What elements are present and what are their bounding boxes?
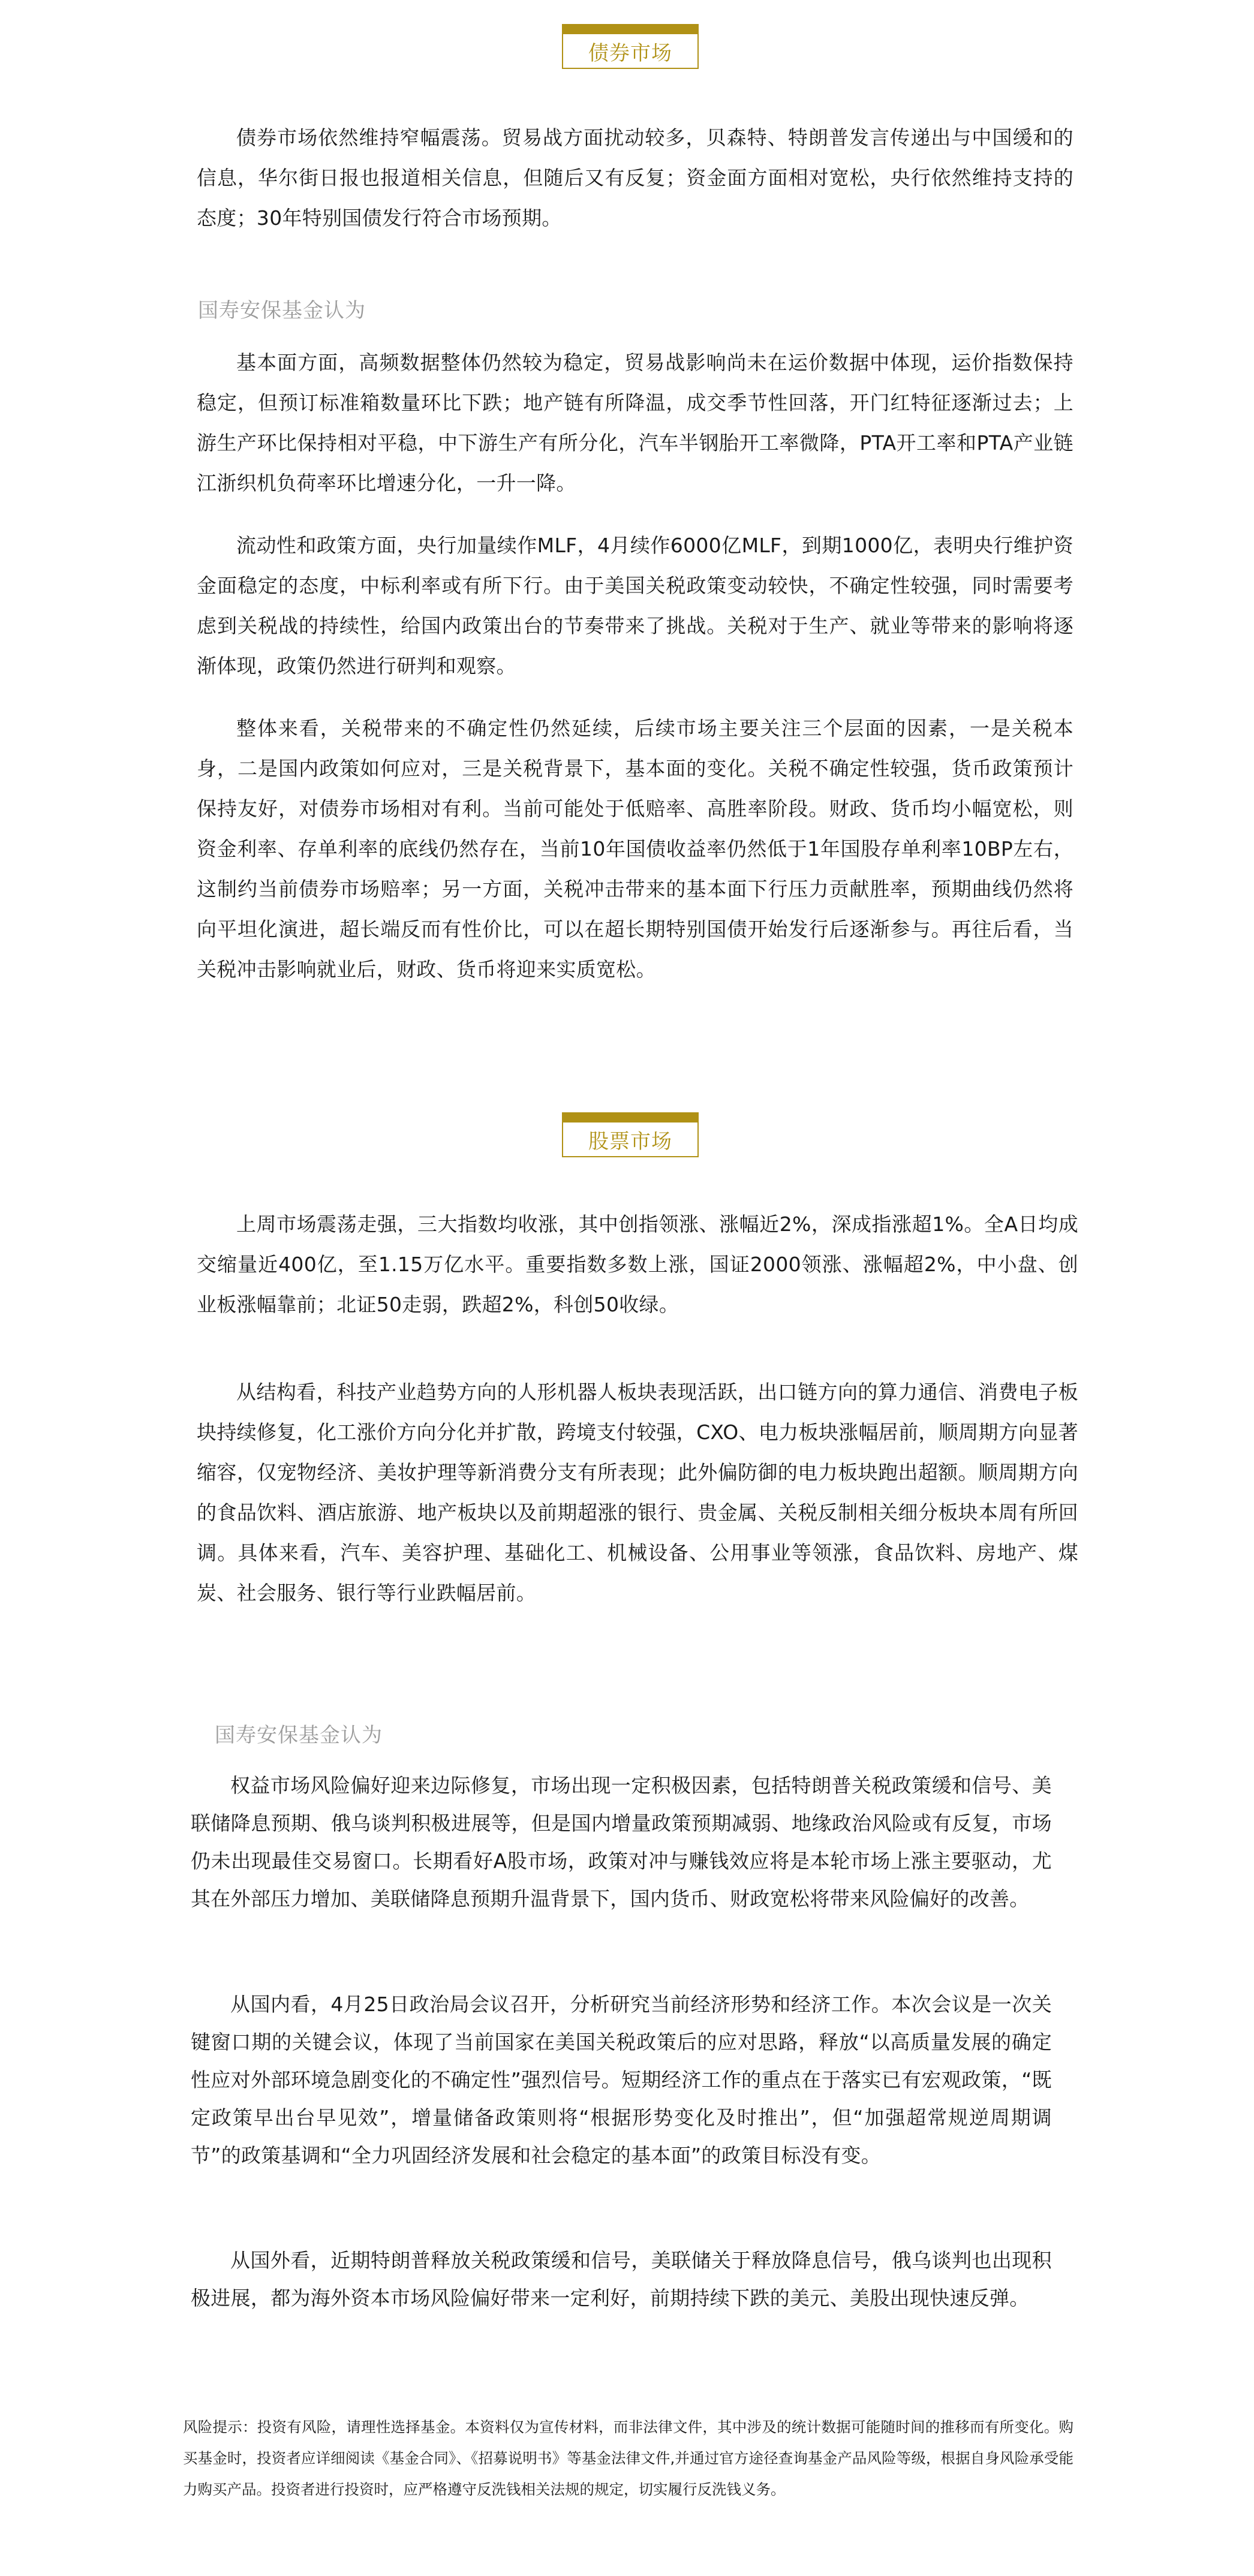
bond-view-paragraph-liquidity: 流动性和政策方面，央行加量续作MLF，4月续作6000亿MLF，到期1000亿，… — [197, 525, 1073, 686]
section-heading-stock: 股票市场 — [562, 1112, 699, 1157]
stock-structure-paragraph: 从结构看，科技产业趋势方向的人形机器人板块表现活跃，出口链方向的算力通信、消费电… — [197, 1372, 1078, 1613]
heading-accent-bar — [563, 1114, 697, 1123]
stock-view-paragraph-overseas: 从国外看，近期特朗普释放关税政策缓和信号，美联储关于释放降息信号，俄乌谈判也出现… — [191, 2241, 1052, 2317]
stock-view-paragraph-risk-appetite: 权益市场风险偏好迎来边际修复，市场出现一定积极因素，包括特朗普关税政策缓和信号、… — [191, 1767, 1052, 1918]
bond-view-paragraph-overall: 整体来看，关税带来的不确定性仍然延续，后续市场主要关注三个层面的因素，一是关税本… — [197, 708, 1073, 989]
stock-summary-paragraph: 上周市场震荡走强，三大指数均收涨，其中创指领涨、涨幅近2%，深成指涨超1%。全A… — [197, 1204, 1078, 1325]
bond-summary-paragraph: 债券市场依然维持窄幅震荡。贸易战方面扰动较多，贝森特、特朗普发言传递出与中国缓和… — [197, 118, 1073, 238]
section-title: 股票市场 — [563, 1123, 697, 1156]
bond-view-paragraph-fundamentals: 基本面方面，高频数据整体仍然较为稳定，贸易战影响尚未在运价数据中体现，运价指数保… — [197, 342, 1073, 503]
heading-accent-bar — [563, 25, 697, 34]
section-title: 债券市场 — [563, 34, 697, 68]
risk-disclaimer: 风险提示：投资有风险，请理性选择基金。本资料仅为宣传材料，而非法律文件，其中涉及… — [183, 2412, 1073, 2505]
section-heading-bond: 债券市场 — [562, 24, 699, 69]
stock-view-paragraph-domestic: 从国内看，4月25日政治局会议召开，分析研究当前经济形势和经济工作。本次会议是一… — [191, 1985, 1052, 2174]
view-label: 国寿安保基金认为 — [215, 1719, 383, 1748]
view-label: 国寿安保基金认为 — [198, 294, 366, 323]
